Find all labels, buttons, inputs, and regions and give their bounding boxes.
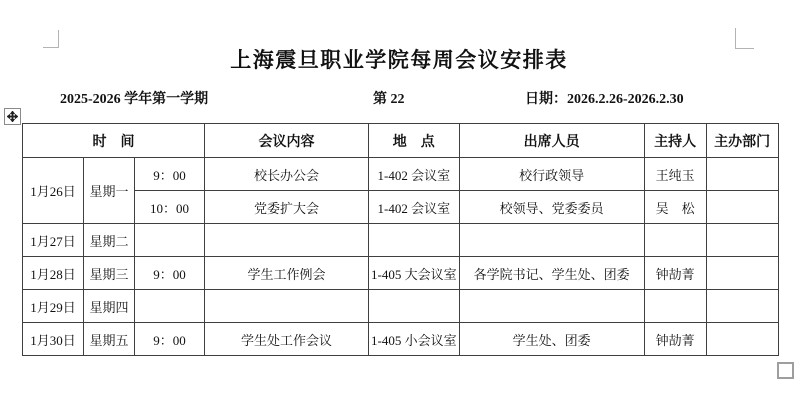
table-row: 1月29日 星期四: [23, 290, 779, 323]
page-title[interactable]: 上海震旦职业学院每周会议安排表: [0, 44, 798, 74]
department-cell[interactable]: [706, 323, 778, 356]
location-cell[interactable]: 1-402 会议室: [369, 191, 460, 224]
attendees-cell[interactable]: [459, 290, 644, 323]
col-header-content[interactable]: 会议内容: [205, 124, 369, 158]
content-cell[interactable]: [205, 224, 369, 257]
col-header-host[interactable]: 主持人: [644, 124, 706, 158]
table-resize-handle[interactable]: [777, 362, 794, 379]
host-cell[interactable]: 钟劼菁: [644, 323, 706, 356]
attendees-cell[interactable]: [459, 224, 644, 257]
time-cell[interactable]: [135, 224, 205, 257]
weekday-cell[interactable]: 星期二: [84, 224, 135, 257]
semester-label[interactable]: 2025-2026 学年第一学期: [60, 88, 208, 108]
weekday-cell[interactable]: 星期五: [84, 323, 135, 356]
department-cell[interactable]: [706, 158, 778, 191]
department-cell[interactable]: [706, 290, 778, 323]
content-cell[interactable]: [205, 290, 369, 323]
content-cell[interactable]: 校长办公会: [205, 158, 369, 191]
table-row: 1月26日 星期一 9：00 校长办公会 1-402 会议室 校行政领导 王纯玉: [23, 158, 779, 191]
weekday-cell[interactable]: 星期四: [84, 290, 135, 323]
col-header-department[interactable]: 主办部门: [706, 124, 778, 158]
time-cell[interactable]: 10：00: [135, 191, 205, 224]
attendees-cell[interactable]: 校行政领导: [459, 158, 644, 191]
host-cell[interactable]: [644, 290, 706, 323]
location-cell[interactable]: [369, 224, 460, 257]
attendees-cell[interactable]: 各学院书记、学生处、团委: [459, 257, 644, 290]
time-cell[interactable]: [135, 290, 205, 323]
weekday-cell[interactable]: 星期一: [84, 158, 135, 224]
table-header-row: 时 间 会议内容 地 点 出席人员 主持人 主办部门: [23, 124, 779, 158]
content-cell[interactable]: 学生工作例会: [205, 257, 369, 290]
weekly-meeting-table: 时 间 会议内容 地 点 出席人员 主持人 主办部门 1月26日 星期一 9：0…: [22, 123, 779, 356]
date-cell[interactable]: 1月28日: [23, 257, 84, 290]
time-cell[interactable]: 9：00: [135, 257, 205, 290]
content-cell[interactable]: 党委扩大会: [205, 191, 369, 224]
department-cell[interactable]: [706, 224, 778, 257]
weekday-cell[interactable]: 星期三: [84, 257, 135, 290]
time-cell[interactable]: 9：00: [135, 323, 205, 356]
table-move-handle[interactable]: [4, 108, 21, 125]
week-number-label[interactable]: 第 22: [373, 88, 405, 108]
host-cell[interactable]: 王纯玉: [644, 158, 706, 191]
attendees-cell[interactable]: 校领导、党委委员: [459, 191, 644, 224]
location-cell[interactable]: 1-402 会议室: [369, 158, 460, 191]
four-way-arrow-icon: [7, 111, 18, 122]
date-cell[interactable]: 1月30日: [23, 323, 84, 356]
location-cell[interactable]: [369, 290, 460, 323]
table-row: 1月28日 星期三 9：00 学生工作例会 1-405 大会议室 各学院书记、学…: [23, 257, 779, 290]
attendees-cell[interactable]: 学生处、团委: [459, 323, 644, 356]
date-cell[interactable]: 1月27日: [23, 224, 84, 257]
table-row: 10：00 党委扩大会 1-402 会议室 校领导、党委委员 吴 松: [23, 191, 779, 224]
date-cell[interactable]: 1月26日: [23, 158, 84, 224]
date-cell[interactable]: 1月29日: [23, 290, 84, 323]
content-cell[interactable]: 学生处工作会议: [205, 323, 369, 356]
department-cell[interactable]: [706, 191, 778, 224]
host-cell[interactable]: 钟劼菁: [644, 257, 706, 290]
time-cell[interactable]: 9：00: [135, 158, 205, 191]
host-cell[interactable]: 吴 松: [644, 191, 706, 224]
col-header-location[interactable]: 地 点: [369, 124, 460, 158]
location-cell[interactable]: 1-405 大会议室: [369, 257, 460, 290]
host-cell[interactable]: [644, 224, 706, 257]
col-header-time[interactable]: 时 间: [23, 124, 205, 158]
date-range-label[interactable]: 日期：2026.2.26-2026.2.30: [525, 88, 684, 108]
table-row: 1月30日 星期五 9：00 学生处工作会议 1-405 小会议室 学生处、团委…: [23, 323, 779, 356]
department-cell[interactable]: [706, 257, 778, 290]
col-header-attendees[interactable]: 出席人员: [459, 124, 644, 158]
table-row: 1月27日 星期二: [23, 224, 779, 257]
location-cell[interactable]: 1-405 小会议室: [369, 323, 460, 356]
